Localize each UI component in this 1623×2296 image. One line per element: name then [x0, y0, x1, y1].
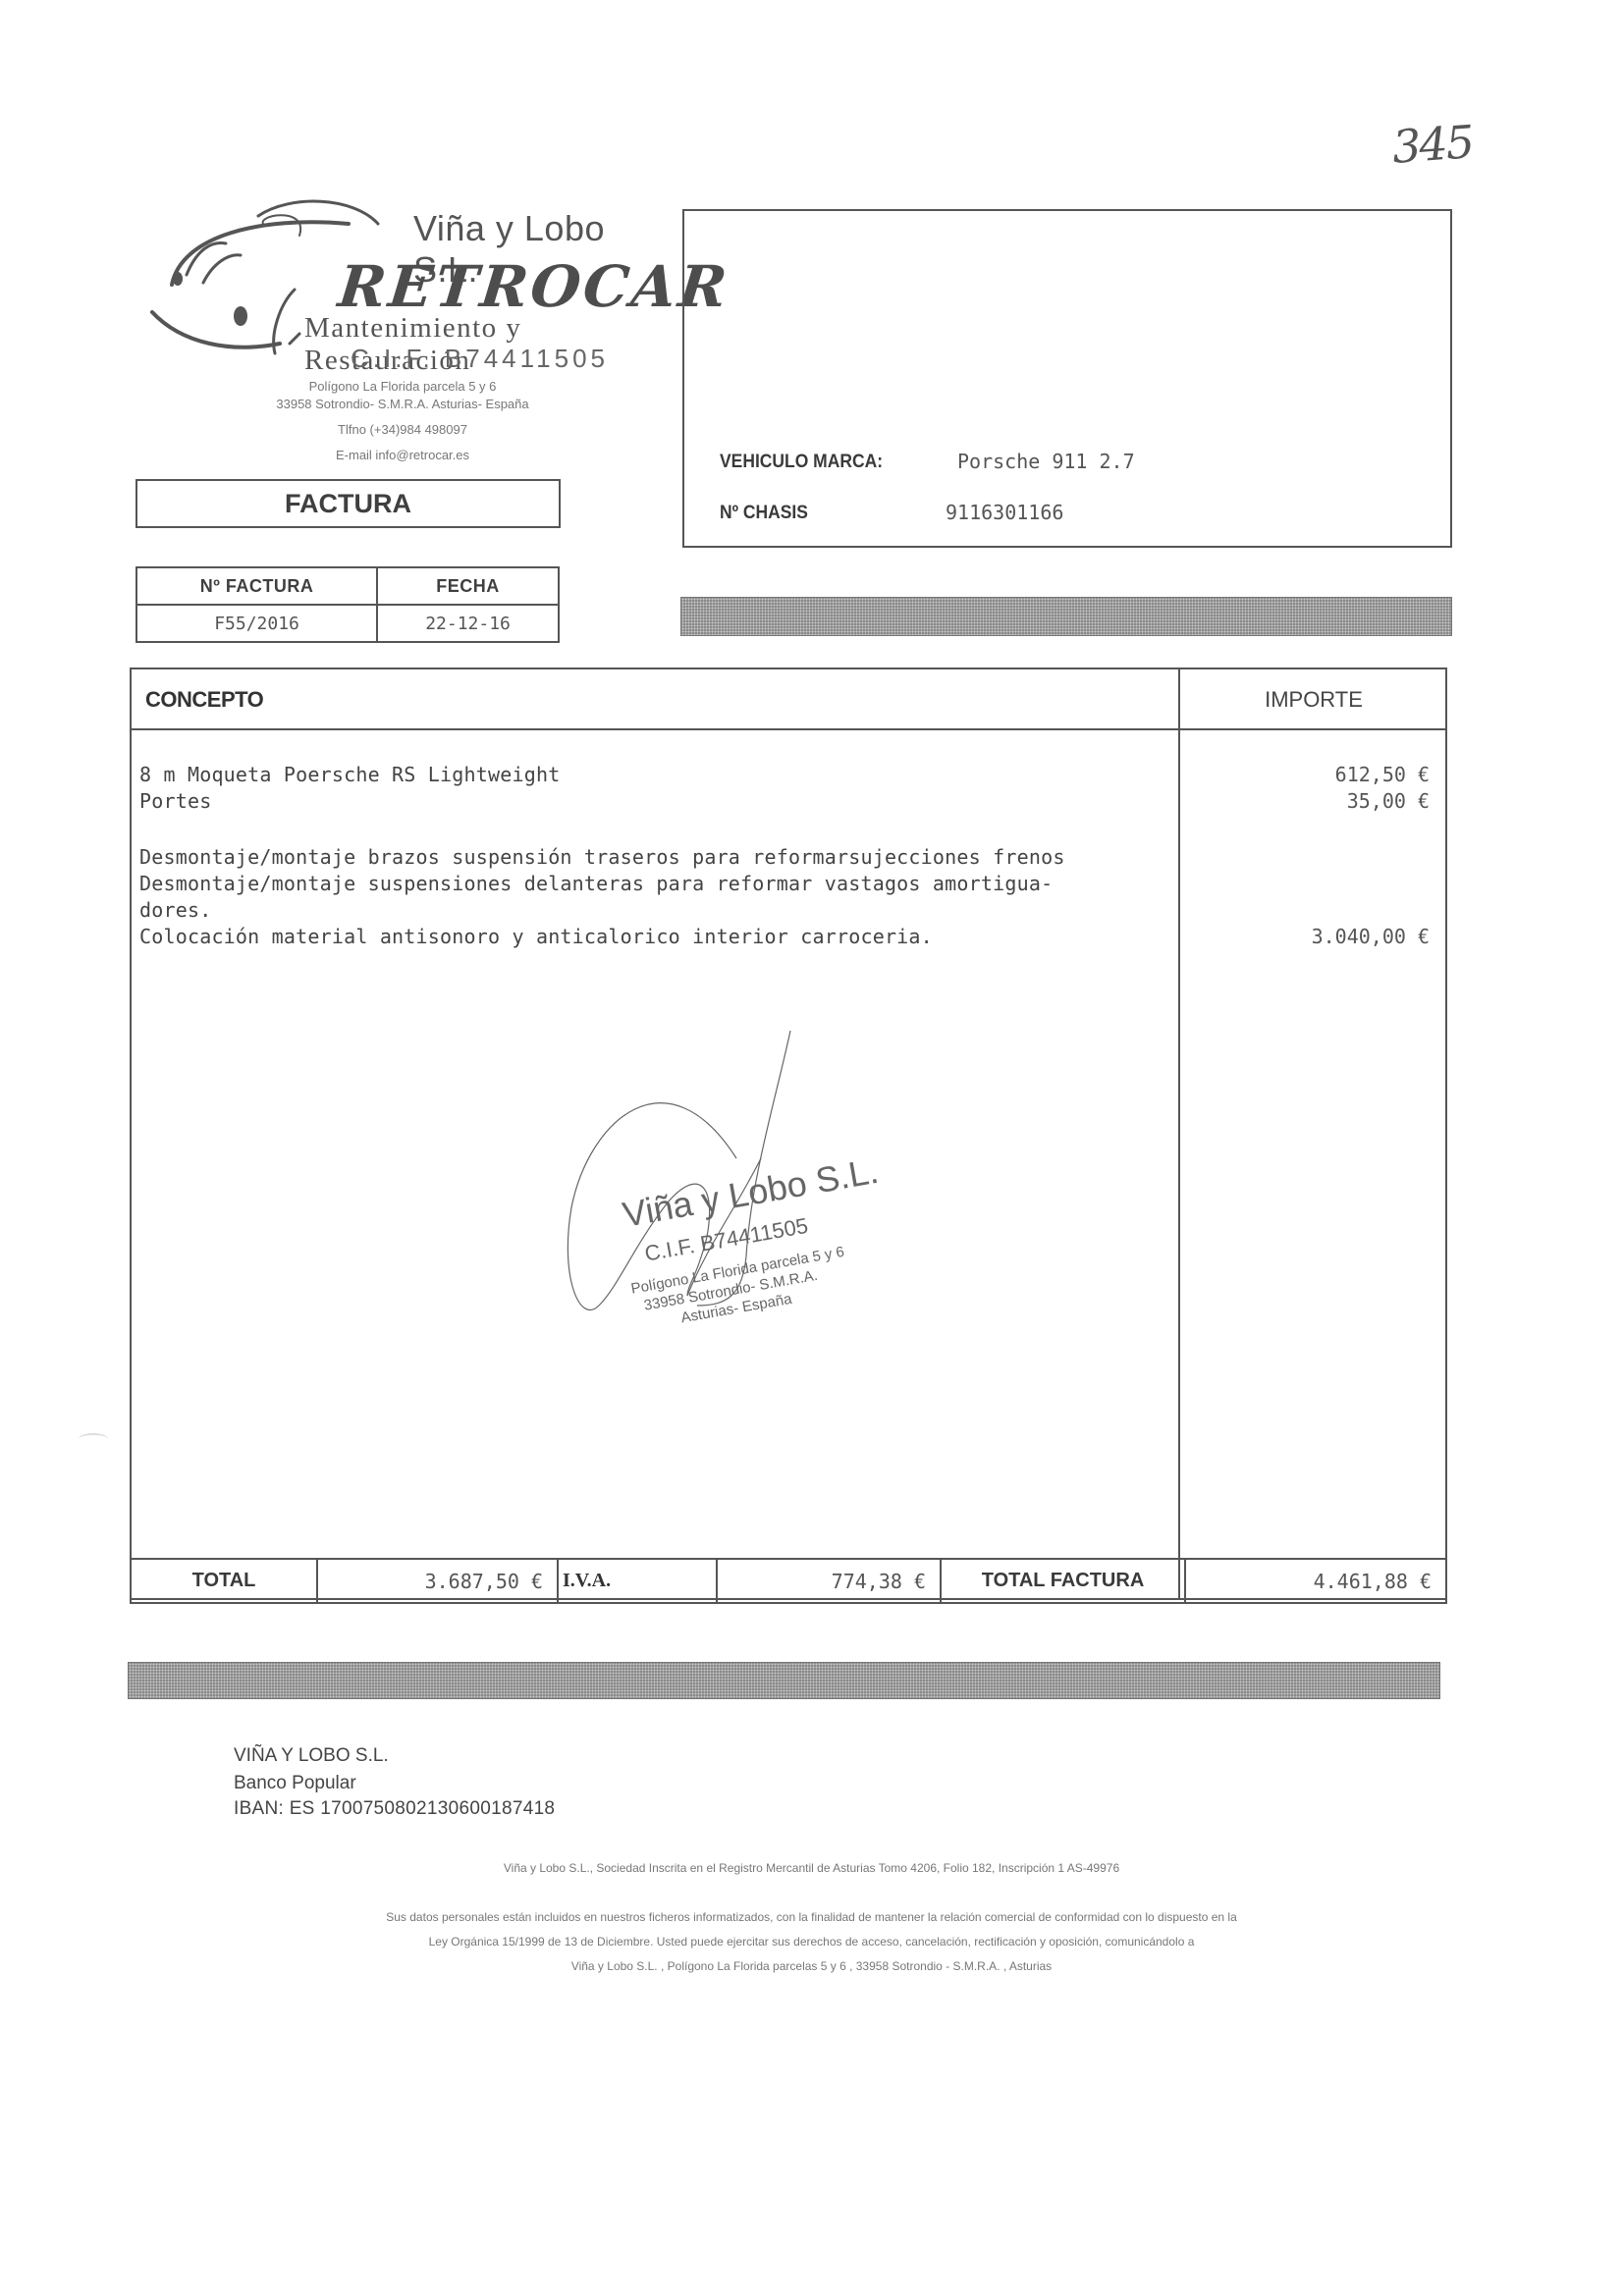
invoice-info-table: Nº FACTURA FECHA F55/2016 22-12-16	[135, 566, 560, 643]
handwritten-page-number: 345	[1390, 115, 1474, 174]
company-phone: Tlfno (+34)984 498097	[147, 422, 658, 437]
iva-value: 774,38 €	[717, 1559, 941, 1603]
item-line-text: Desmontaje/montaje suspensiones delanter…	[139, 872, 1053, 895]
totals-table: TOTAL 3.687,50 € I.V.A. 774,38 € TOTAL F…	[130, 1558, 1447, 1604]
company-email: E-mail info@retrocar.es	[147, 448, 658, 462]
registry-notice: Viña y Lobo S.L., Sociedad Inscrita en e…	[98, 1861, 1525, 1875]
grand-total-label: TOTAL FACTURA	[941, 1559, 1185, 1603]
logo-brand: RETROCAR	[335, 253, 732, 320]
logo-cif: C.I.F. B74411505	[351, 344, 609, 374]
invoice-number-label: Nº FACTURA	[136, 567, 377, 605]
privacy-notice-line3: Viña y Lobo S.L. , Polígono La Florida p…	[98, 1959, 1525, 1973]
column-divider	[1178, 669, 1180, 1598]
grand-total-value: 4.461,88 €	[1185, 1559, 1446, 1603]
total-label: TOTAL	[131, 1559, 317, 1603]
column-header-amount: IMPORTE	[1178, 687, 1449, 713]
company-address-line2: 33958 Sotrondio- S.M.R.A. Asturias- Espa…	[147, 397, 658, 411]
item-line-amount: 3.040,00 €	[1312, 925, 1430, 948]
invoice-date-label: FECHA	[377, 567, 559, 605]
item-line-amount: 612,50 €	[1335, 763, 1430, 786]
item-line-text: Colocación material antisonoro y antical…	[139, 925, 933, 948]
shaded-footer-bar	[128, 1662, 1440, 1699]
header-divider	[132, 728, 1445, 730]
bank-iban: IBAN: ES 1700750802130600187418	[234, 1798, 555, 1820]
bank-account-holder: VIÑA Y LOBO S.L.	[234, 1745, 389, 1767]
vehicle-chassis-value: 9116301166	[946, 501, 1063, 524]
company-logo: Viña y Lobo S.L. RETROCAR Mantenimiento …	[142, 196, 673, 373]
iva-label: I.V.A.	[558, 1559, 717, 1603]
item-line-text: Portes	[139, 789, 211, 813]
vehicle-chassis-label: Nº CHASIS	[720, 503, 808, 524]
total-value: 3.687,50 €	[317, 1559, 558, 1603]
scan-artifact	[79, 1433, 108, 1445]
document-title: FACTURA	[135, 479, 561, 528]
company-stamp-signature: Viña y Lobo S.L. C.I.F. B74411505 Polígo…	[550, 1011, 923, 1364]
item-line-text: 8 m Moqueta Poersche RS Lightweight	[139, 763, 560, 786]
vehicle-info-box: VEHICULO MARCA: Porsche 911 2.7 Nº CHASI…	[682, 209, 1452, 548]
vehicle-brand-value: Porsche 911 2.7	[957, 450, 1135, 473]
invoice-number: F55/2016	[136, 605, 377, 642]
vehicle-brand-label: VEHICULO MARCA:	[720, 452, 883, 473]
company-address-line1: Polígono La Florida parcela 5 y 6	[147, 379, 658, 394]
item-line-text: dores.	[139, 898, 211, 922]
privacy-notice-line1: Sus datos personales están incluidos en …	[98, 1910, 1525, 1924]
item-line-amount: 35,00 €	[1347, 789, 1430, 813]
privacy-notice-line2: Ley Orgánica 15/1999 de 13 de Diciembre.…	[98, 1935, 1525, 1949]
invoice-date: 22-12-16	[377, 605, 559, 642]
item-line-text: Desmontaje/montaje brazos suspensión tra…	[139, 845, 1065, 869]
shaded-divider-bar	[680, 597, 1452, 636]
bank-name: Banco Popular	[234, 1773, 356, 1794]
column-header-concept: CONCEPTO	[145, 687, 263, 713]
